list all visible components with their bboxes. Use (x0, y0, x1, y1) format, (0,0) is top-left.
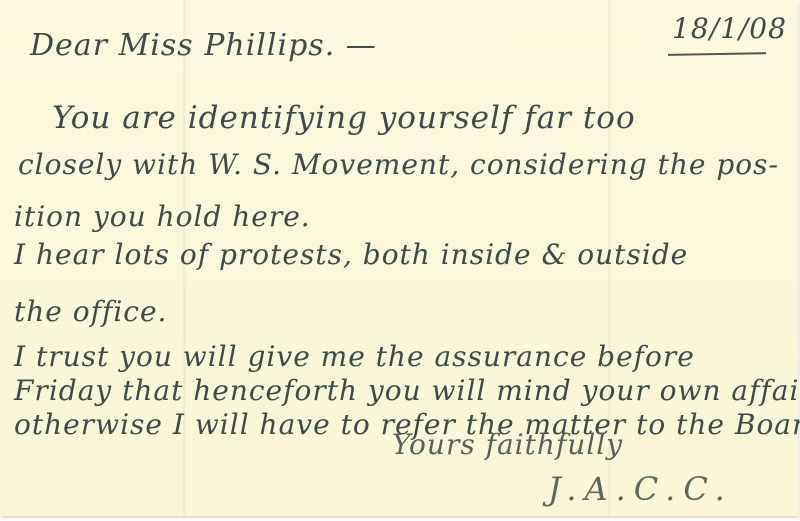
letter-paper: 18/1/08 Dear Miss Phillips. — You are id… (0, 0, 798, 516)
closing: Yours faithfully (392, 428, 623, 461)
body-line-1: You are identifying yourself far too (52, 100, 636, 136)
body-line-3: ition you hold here. (14, 200, 311, 233)
body-line-5: the office. (14, 295, 167, 328)
date-underline (668, 52, 766, 56)
body-line-2: closely with W. S. Movement, considering… (18, 148, 779, 181)
body-line-6: I trust you will give me the assurance b… (14, 340, 695, 373)
signature: J.A.C.C. (548, 470, 733, 508)
salutation: Dear Miss Phillips. — (30, 28, 377, 63)
body-line-7: Friday that henceforth you will mind you… (14, 374, 800, 407)
letter-date: 18/1/08 (672, 12, 787, 45)
body-line-4: I hear lots of protests, both inside & o… (14, 238, 688, 271)
